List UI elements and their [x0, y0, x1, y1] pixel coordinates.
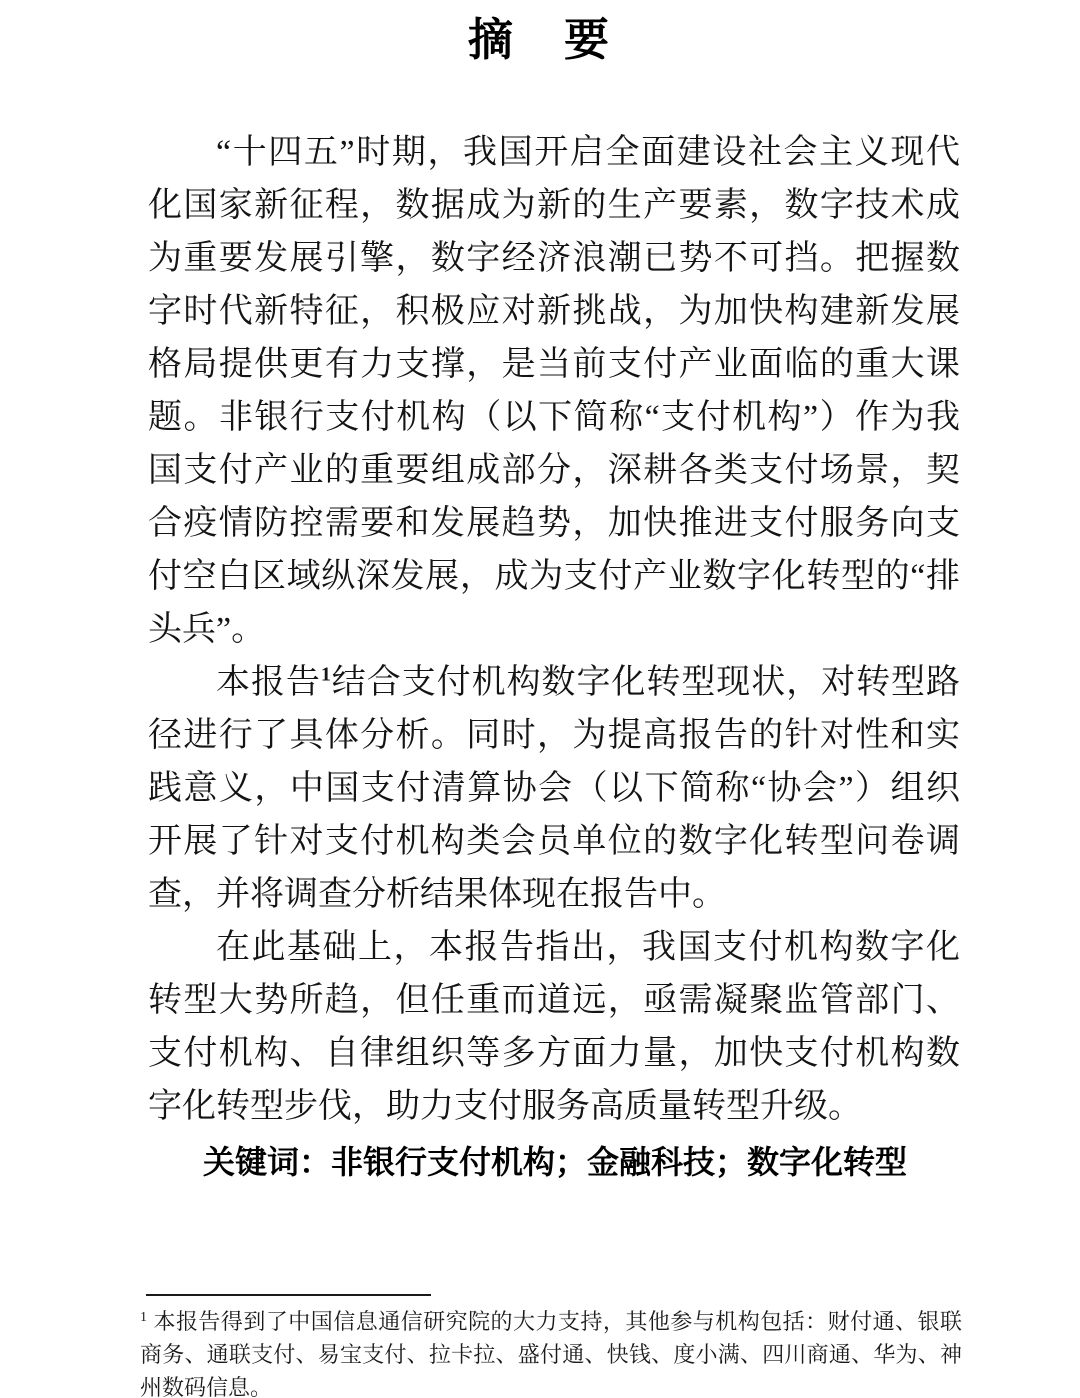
- abstract-page: 摘 要 “十四五”时期，我国开启全面建设社会主义现代化国家新征程，数据成为新的生…: [0, 0, 1080, 1398]
- paragraph-2-text-continued: 结合支付机构数字化转型现状，对转型路径进行了具体分析。同时，为提高报告的针对性和…: [148, 664, 960, 913]
- footnote-marker: 1: [140, 1310, 147, 1325]
- footnote-reference: 1: [321, 664, 331, 686]
- footnote-area: 1本报告得到了中国信息通信研究院的大力支持，其他参与机构包括：财付通、银联商务、…: [140, 1294, 962, 1398]
- keywords-label: 关键词：: [203, 1144, 331, 1180]
- footnote-separator: [146, 1294, 431, 1296]
- paragraph-2-text: 本报告: [216, 664, 321, 701]
- page-title: 摘 要: [0, 0, 1080, 66]
- paragraph-3: 在此基础上，本报告指出，我国支付机构数字化转型大势所趋，但任重而道远，亟需凝聚监…: [148, 921, 960, 1133]
- keywords-text: 非银行支付机构；金融科技；数字化转型: [331, 1144, 907, 1180]
- paragraph-1: “十四五”时期，我国开启全面建设社会主义现代化国家新征程，数据成为新的生产要素，…: [148, 126, 960, 656]
- paragraph-2: 本报告1结合支付机构数字化转型现状，对转型路径进行了具体分析。同时，为提高报告的…: [148, 656, 960, 921]
- footnote-content: 本报告得到了中国信息通信研究院的大力支持，其他参与机构包括：财付通、银联商务、通…: [140, 1309, 962, 1398]
- footnote-text: 1本报告得到了中国信息通信研究院的大力支持，其他参与机构包括：财付通、银联商务、…: [140, 1305, 962, 1398]
- keywords-line: 关键词：非银行支付机构；金融科技；数字化转型: [148, 1136, 1015, 1189]
- abstract-body: “十四五”时期，我国开启全面建设社会主义现代化国家新征程，数据成为新的生产要素，…: [148, 126, 960, 1133]
